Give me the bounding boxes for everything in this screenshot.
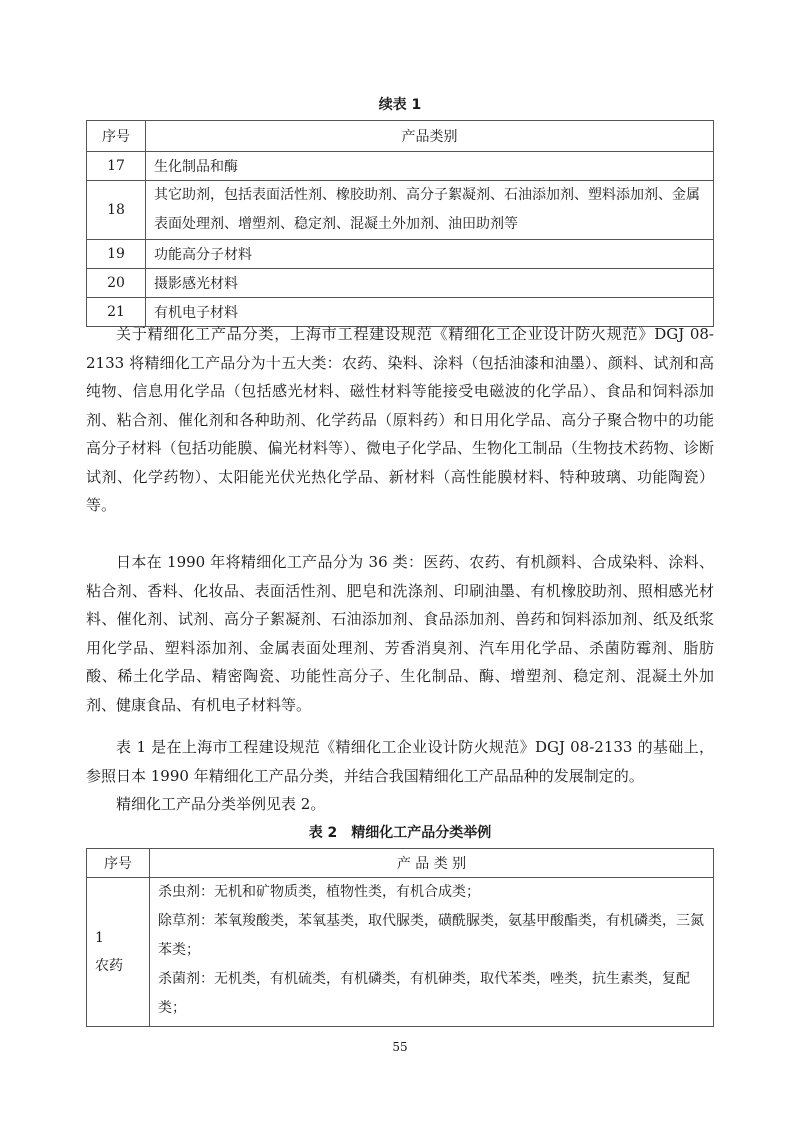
row-body: 杀虫剂：无机和矿物质类，植物性类，有机合成类； 除草剂：苯氧羧酸类，苯氧基类，取… (150, 878, 714, 1027)
row-num: 20 (87, 269, 146, 298)
row-text: 其它助剂，包括表面活性剂、橡胶助剂、高分子絮凝剂、石油添加剂、塑料添加剂、金属表… (146, 181, 714, 240)
row-text: 生化制品和酶 (146, 152, 714, 181)
row-line-insecticide: 杀虫剂：无机和矿物质类，植物性类，有机合成类； (158, 878, 705, 907)
row-num-and-name: 1 农药 (87, 878, 150, 1027)
table2: 序号 产 品 类 别 1 农药 杀虫剂：无机和矿物质类，植物性类，有机合成类； … (86, 848, 714, 1027)
row-name: 农药 (95, 952, 141, 980)
row-num: 19 (87, 240, 146, 269)
table1-header-num: 序号 (87, 121, 146, 152)
row-line-fungicide: 杀菌剂：无机类，有机硫类，有机磷类，有机砷类，取代苯类，唑类，抗生素类，复配类； (158, 965, 705, 1023)
page-number: 55 (0, 1040, 800, 1054)
table1-header-category: 产品类别 (146, 121, 714, 152)
paragraph-japan-classification: 日本在 1990 年将精细化工产品分为 36 类：医药、农药、有机颜料、合成染料… (86, 548, 714, 719)
document-page: 续表 1 序号 产品类别 17 生化制品和酶 18 其它助剂，包括表面活性剂、橡… (0, 0, 800, 1131)
table2-header-num: 序号 (87, 849, 150, 878)
paragraph-shanghai-classification: 关于精细化工产品分类，上海市工程建设规范《精细化工企业设计防火规范》DGJ 08… (86, 320, 714, 520)
table-row: 1 农药 杀虫剂：无机和矿物质类，植物性类，有机合成类； 除草剂：苯氧羧酸类，苯… (87, 878, 714, 1027)
table1: 序号 产品类别 17 生化制品和酶 18 其它助剂，包括表面活性剂、橡胶助剂、高… (86, 120, 714, 327)
row-num: 17 (87, 152, 146, 181)
paragraph-see-table2: 精细化工产品分类举例见表 2。 (86, 790, 714, 819)
table1-header-row: 序号 产品类别 (87, 121, 714, 152)
table1-caption: 续表 1 (86, 94, 714, 114)
table2-header-category: 产 品 类 别 (150, 849, 714, 878)
row-num: 1 (95, 924, 141, 952)
row-num: 18 (87, 181, 146, 240)
table-row: 18 其它助剂，包括表面活性剂、橡胶助剂、高分子絮凝剂、石油添加剂、塑料添加剂、… (87, 181, 714, 240)
table-row: 20 摄影感光材料 (87, 269, 714, 298)
row-text: 摄影感光材料 (146, 269, 714, 298)
row-line-herbicide: 除草剂：苯氧羧酸类，苯氧基类，取代脲类，磺酰脲类，氨基甲酸酯类，有机磷类，三氮苯… (158, 907, 705, 965)
row-text: 功能高分子材料 (146, 240, 714, 269)
table-row: 17 生化制品和酶 (87, 152, 714, 181)
table2-caption: 表 2 精细化工产品分类举例 (86, 822, 714, 842)
paragraph-table1-basis: 表 1 是在上海市工程建设规范《精细化工企业设计防火规范》DGJ 08-2133… (86, 733, 714, 790)
table-row: 19 功能高分子材料 (87, 240, 714, 269)
table2-header-row: 序号 产 品 类 别 (87, 849, 714, 878)
